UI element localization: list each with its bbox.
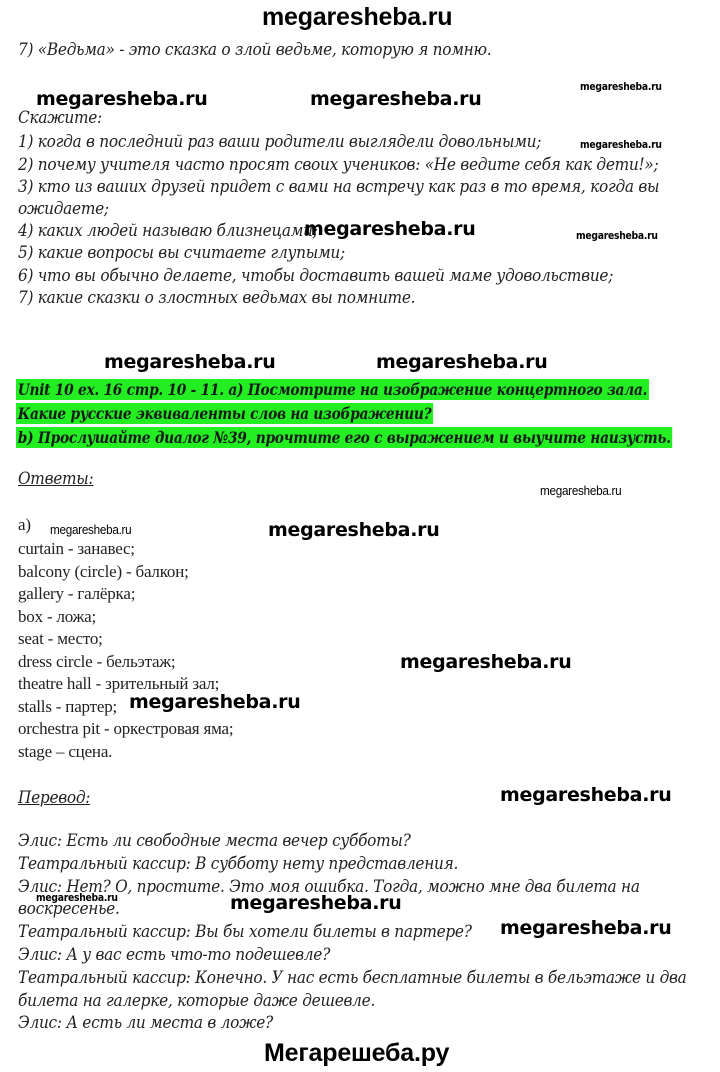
watermark: megaresheba.ru bbox=[36, 88, 207, 110]
vocab-item: orchestra pit - оркестровая яма; bbox=[18, 719, 233, 739]
watermark: megaresheba.ru bbox=[400, 651, 571, 673]
say-item: 7) какие сказки о злостных ведьмах вы по… bbox=[18, 288, 415, 307]
watermark: megaresheba.ru bbox=[104, 351, 275, 373]
watermark: megaresheba.ru bbox=[268, 519, 439, 541]
say-item: 3) кто из ваших друзей придет с вами на … bbox=[18, 177, 659, 196]
watermark: megaresheba.ru bbox=[500, 917, 671, 939]
dialog-line: Элис: А есть ли места в ложе? bbox=[18, 1013, 273, 1032]
say-item: 1) когда в последний раз ваши родители в… bbox=[18, 132, 541, 151]
task-line: Какие русские эквиваленты слов на изобра… bbox=[16, 403, 433, 424]
watermark: megaresheba.ru bbox=[304, 218, 475, 240]
watermark: megaresheba.ru bbox=[50, 522, 131, 537]
translation-heading: Перевод: bbox=[18, 788, 90, 807]
say-item: 5) какие вопросы вы считаете глупыми; bbox=[18, 243, 345, 262]
dialog-line: Элис: А у вас есть что-то подешевле? bbox=[18, 945, 330, 964]
intro-line: 7) «Ведьма» - это сказка о злой ведьме, … bbox=[18, 40, 491, 59]
vocab-item: stalls - партер; bbox=[18, 697, 117, 717]
watermark: megaresheba.ru bbox=[500, 784, 671, 806]
site-title[interactable]: megaresheba.ru bbox=[262, 3, 452, 32]
watermark: megaresheba.ru bbox=[230, 892, 401, 914]
watermark: megaresheba.ru bbox=[376, 351, 547, 373]
say-item: 4) каких людей называю близнецами; bbox=[18, 221, 318, 240]
vocab-item: dress circle - бельэтаж; bbox=[18, 652, 175, 672]
watermark: megaresheba.ru bbox=[580, 81, 662, 93]
watermark: megaresheba.ru bbox=[310, 88, 481, 110]
vocab-item: box - ложа; bbox=[18, 607, 96, 627]
dialog-line: билета на галерке, которые даже дешевле. bbox=[18, 991, 375, 1010]
vocab-item: balcony (circle) - балкон; bbox=[18, 562, 189, 582]
say-heading: Скажите: bbox=[18, 108, 102, 127]
say-item: 6) что вы обычно делаете, чтобы доставит… bbox=[18, 266, 613, 285]
watermark: megaresheba.ru bbox=[580, 139, 662, 151]
dialog-line: Театральный кассир: Вы бы хотели билеты … bbox=[18, 922, 472, 941]
say-item: 2) почему учителя часто просят своих уче… bbox=[18, 155, 658, 174]
footer-title[interactable]: Мегарешеба.ру bbox=[264, 1039, 449, 1068]
watermark: megaresheba.ru bbox=[540, 483, 621, 498]
watermark: megaresheba.ru bbox=[576, 230, 658, 242]
say-item: ожидаете; bbox=[18, 199, 109, 218]
dialog-line: Театральный кассир: Конечно. У нас есть … bbox=[18, 968, 687, 987]
vocab-item: stage – сцена. bbox=[18, 742, 112, 762]
dialog-line: Театральный кассир: В субботу нету предс… bbox=[18, 854, 458, 873]
task-line: b) Прослушайте диалог №39, прочтите его … bbox=[16, 427, 672, 448]
answers-heading: Ответы: bbox=[18, 469, 93, 488]
dialog-line: воскресенье. bbox=[18, 899, 120, 918]
vocab-item: curtain - занавес; bbox=[18, 539, 135, 559]
vocab-item: seat - место; bbox=[18, 629, 103, 649]
answers-part-label: a) bbox=[18, 515, 31, 535]
task-line: Unit 10 ex. 16 стр. 10 - 11. a) Посмотри… bbox=[16, 379, 649, 400]
dialog-line: Элис: Есть ли свободные места вечер субб… bbox=[18, 831, 411, 850]
watermark: megaresheba.ru bbox=[129, 691, 300, 713]
vocab-item: gallery - галёрка; bbox=[18, 584, 135, 604]
